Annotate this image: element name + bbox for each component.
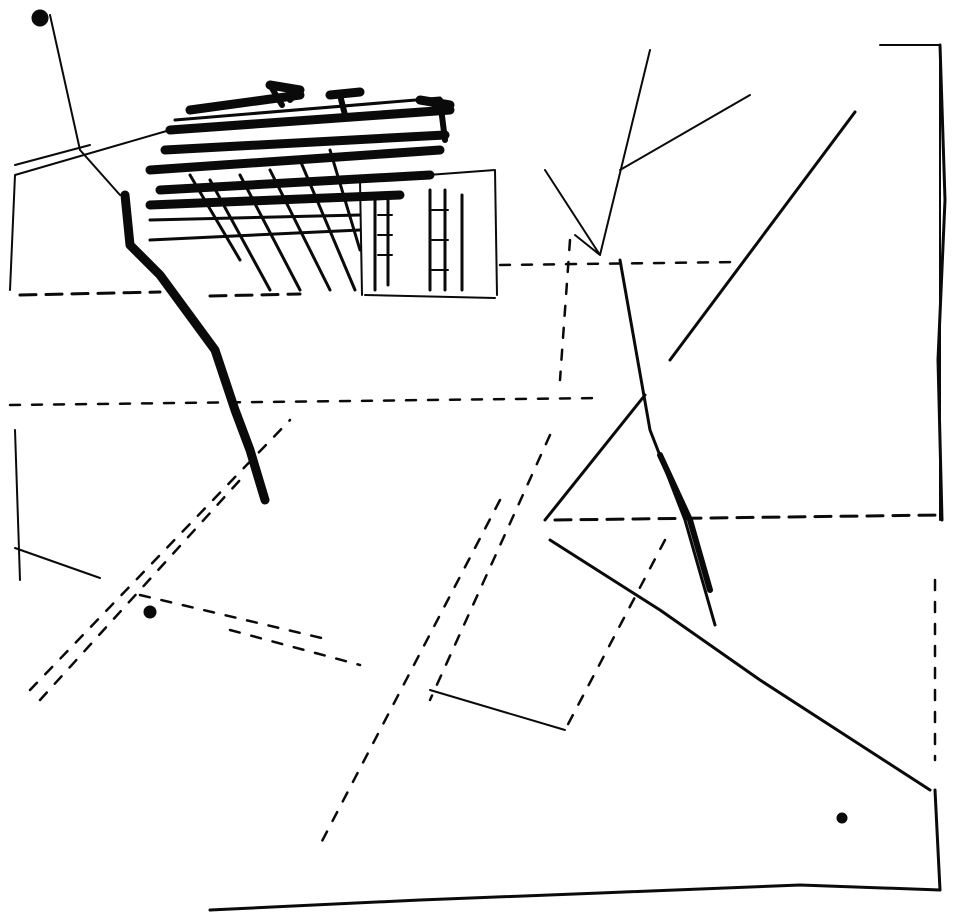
sketch-drawing: [0, 0, 956, 922]
right-structures: [210, 45, 945, 910]
left-structures: [10, 10, 600, 700]
hatched-building: [150, 85, 497, 298]
ink-sketch: [0, 0, 956, 922]
